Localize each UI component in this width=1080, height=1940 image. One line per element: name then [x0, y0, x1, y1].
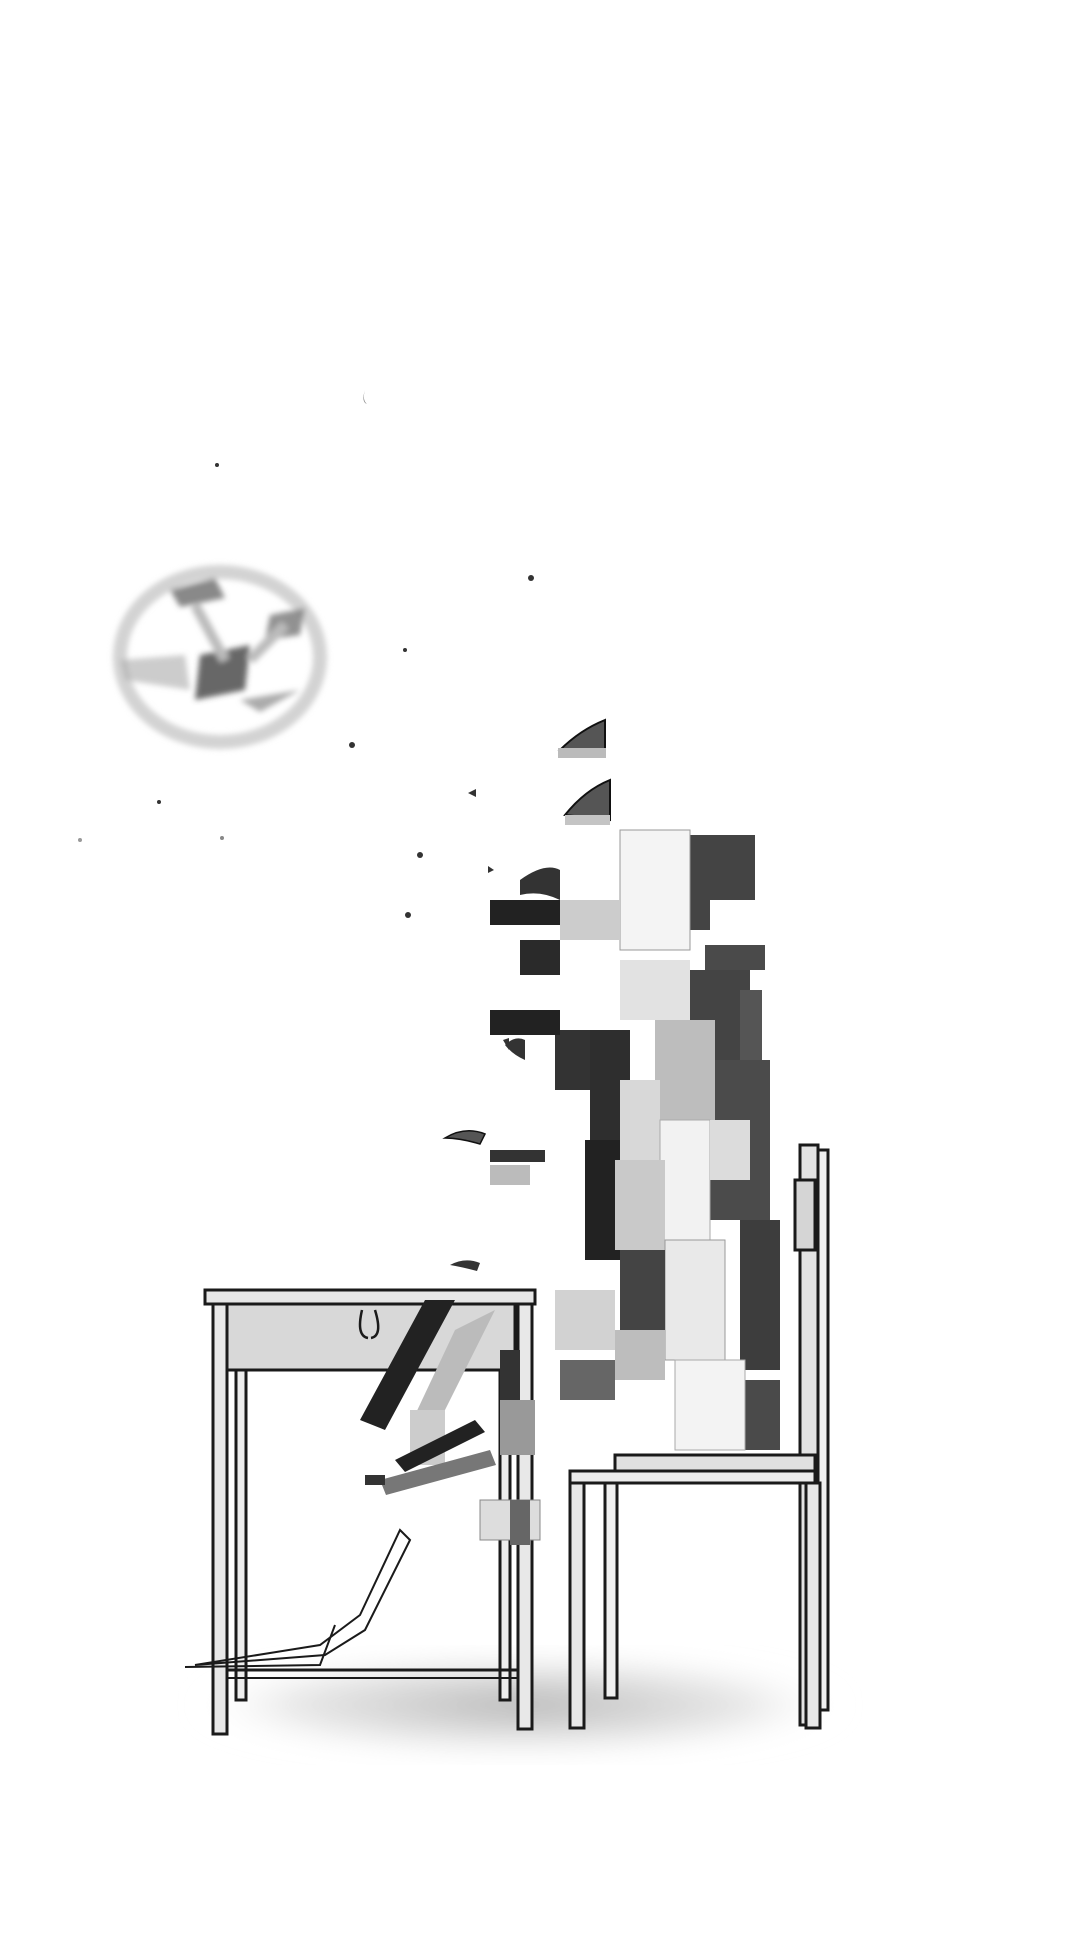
glitched-figure: [185, 720, 780, 1667]
emblem: [120, 572, 320, 742]
illustration-canvas: [0, 0, 1080, 1940]
